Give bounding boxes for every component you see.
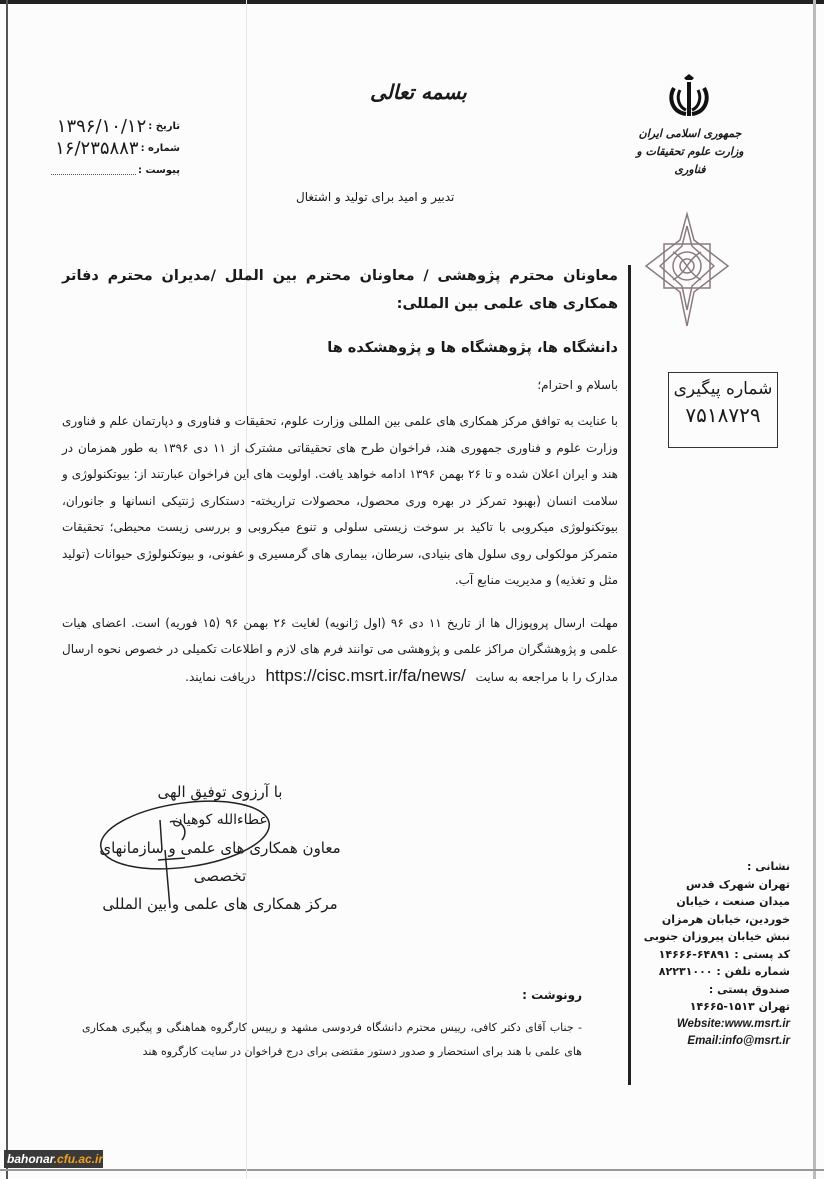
attachment-label: پیوست : [138, 165, 180, 176]
letter-body: معاونان محترم پژوهشی / معاونان محترم بین… [62, 262, 618, 690]
addressee: معاونان محترم پژوهشی / معاونان محترم بین… [62, 262, 618, 318]
email: Email:info@msrt.ir [640, 1033, 790, 1051]
website: Website:www.msrt.ir [640, 1016, 790, 1034]
address-line-1: تهران شهرک قدس [640, 876, 790, 894]
date-row: تاریخ : ۱۳۹۶/۱۰/۱۲ [40, 115, 180, 137]
address-line-2: میدان صنعت ، خیابان [640, 893, 790, 911]
ministry-address: نشانی : تهران شهرک قدس میدان صنعت ، خیاب… [640, 858, 790, 1051]
address-label: نشانی : [640, 858, 790, 876]
watermark-suffix: .cfu.ac.ir [54, 1152, 103, 1166]
scan-left-border [6, 0, 8, 1179]
closing-block: با آرزوی توفیق الهی عطاءالله کوهیان معاو… [90, 778, 350, 918]
carbon-copy-section: رونوشت : - جناب آقای دکتر کافی، رییس محت… [82, 988, 582, 1064]
scan-right-border [813, 0, 816, 1179]
address-line-4: نبش خیابان پیروزان جنوبی [640, 928, 790, 946]
tracking-label: شماره پیگیری [669, 379, 777, 399]
scan-bottom-border [0, 1169, 824, 1171]
letter-meta: تاریخ : ۱۳۹۶/۱۰/۱۲ شماره : ۱۶/۲۳۵۸۸۳ پیو… [40, 115, 180, 181]
watermark-domain: bahonar [7, 1152, 54, 1166]
paragraph-call-details: با عنایت به توافق مرکز همکاری های علمی ب… [62, 408, 618, 594]
bismillah-heading: بسمه تعالی [370, 80, 467, 104]
address-line-3: خوردین، خیابان هرمزان [640, 911, 790, 929]
postal-code: کد پستی : ۶۴۸۹۱-۱۴۶۶۶ [640, 946, 790, 964]
slogan: تدبیر و امید برای تولید و اشتغال [296, 190, 454, 204]
paragraph-deadline: مهلت ارسال پروپوزال ها از تاریخ ۱۱ دی ۹۶… [62, 610, 618, 691]
signer-title: معاون همکاری های علمی و سازمانهای تخصصی [90, 834, 350, 890]
date-value: ۱۳۹۶/۱۰/۱۲ [57, 116, 146, 137]
iran-emblem-icon [664, 70, 714, 120]
deadline-text-end: دریافت نمایند. [185, 670, 255, 684]
recipients: دانشگاه ها، پژوهشگاه ها و پژوهشکده ها [62, 340, 618, 356]
po-box: تهران ۱۵۱۳-۱۴۶۶۵ [640, 998, 790, 1016]
number-label: شماره : [141, 143, 180, 154]
attachment-row: پیوست : [40, 159, 180, 181]
vertical-divider [628, 265, 631, 1085]
letter-page: بسمه تعالی تاریخ : ۱۳۹۶/۱۰/۱۲ شماره : ۱۶… [0, 0, 824, 1179]
po-box-label: صندوق پستی : [640, 981, 790, 999]
phone-number: شماره تلفن : ۸۲۲۳۱۰۰۰ [640, 963, 790, 981]
tracking-number: ۷۵۱۸۷۲۹ [669, 403, 777, 427]
closing-wish: با آرزوی توفیق الهی [90, 778, 350, 806]
tracking-number-box: شماره پیگیری ۷۵۱۸۷۲۹ [668, 372, 778, 448]
number-row: شماره : ۱۶/۲۳۵۸۸۳ [40, 137, 180, 159]
ornament-icon [642, 210, 732, 330]
signer-name: عطاءالله کوهیان [90, 806, 350, 834]
date-label: تاریخ : [148, 121, 180, 132]
scan-top-border [0, 0, 824, 4]
ministry-logo-text: جمهوری اسلامی ایران وزارت علوم تحقیقات و… [620, 125, 760, 179]
ministry-name: وزارت علوم تحقیقات و فناوری [620, 143, 760, 179]
website-link[interactable]: https://cisc.msrt.ir/fa/news/ [259, 666, 471, 685]
cc-recipient: - جناب آقای دکتر کافی، رییس محترم دانشگا… [82, 1016, 582, 1064]
signer-organization: مرکز همکاری های علمی و بین المللی [90, 890, 350, 918]
number-value: ۱۶/۲۳۵۸۸۳ [55, 138, 138, 159]
republic-name: جمهوری اسلامی ایران [620, 125, 760, 143]
greeting: باسلام و احترام؛ [62, 378, 618, 392]
cc-label: رونوشت : [82, 988, 582, 1002]
attachment-blank [51, 166, 136, 175]
site-watermark: bahonar.cfu.ac.ir [4, 1150, 103, 1168]
